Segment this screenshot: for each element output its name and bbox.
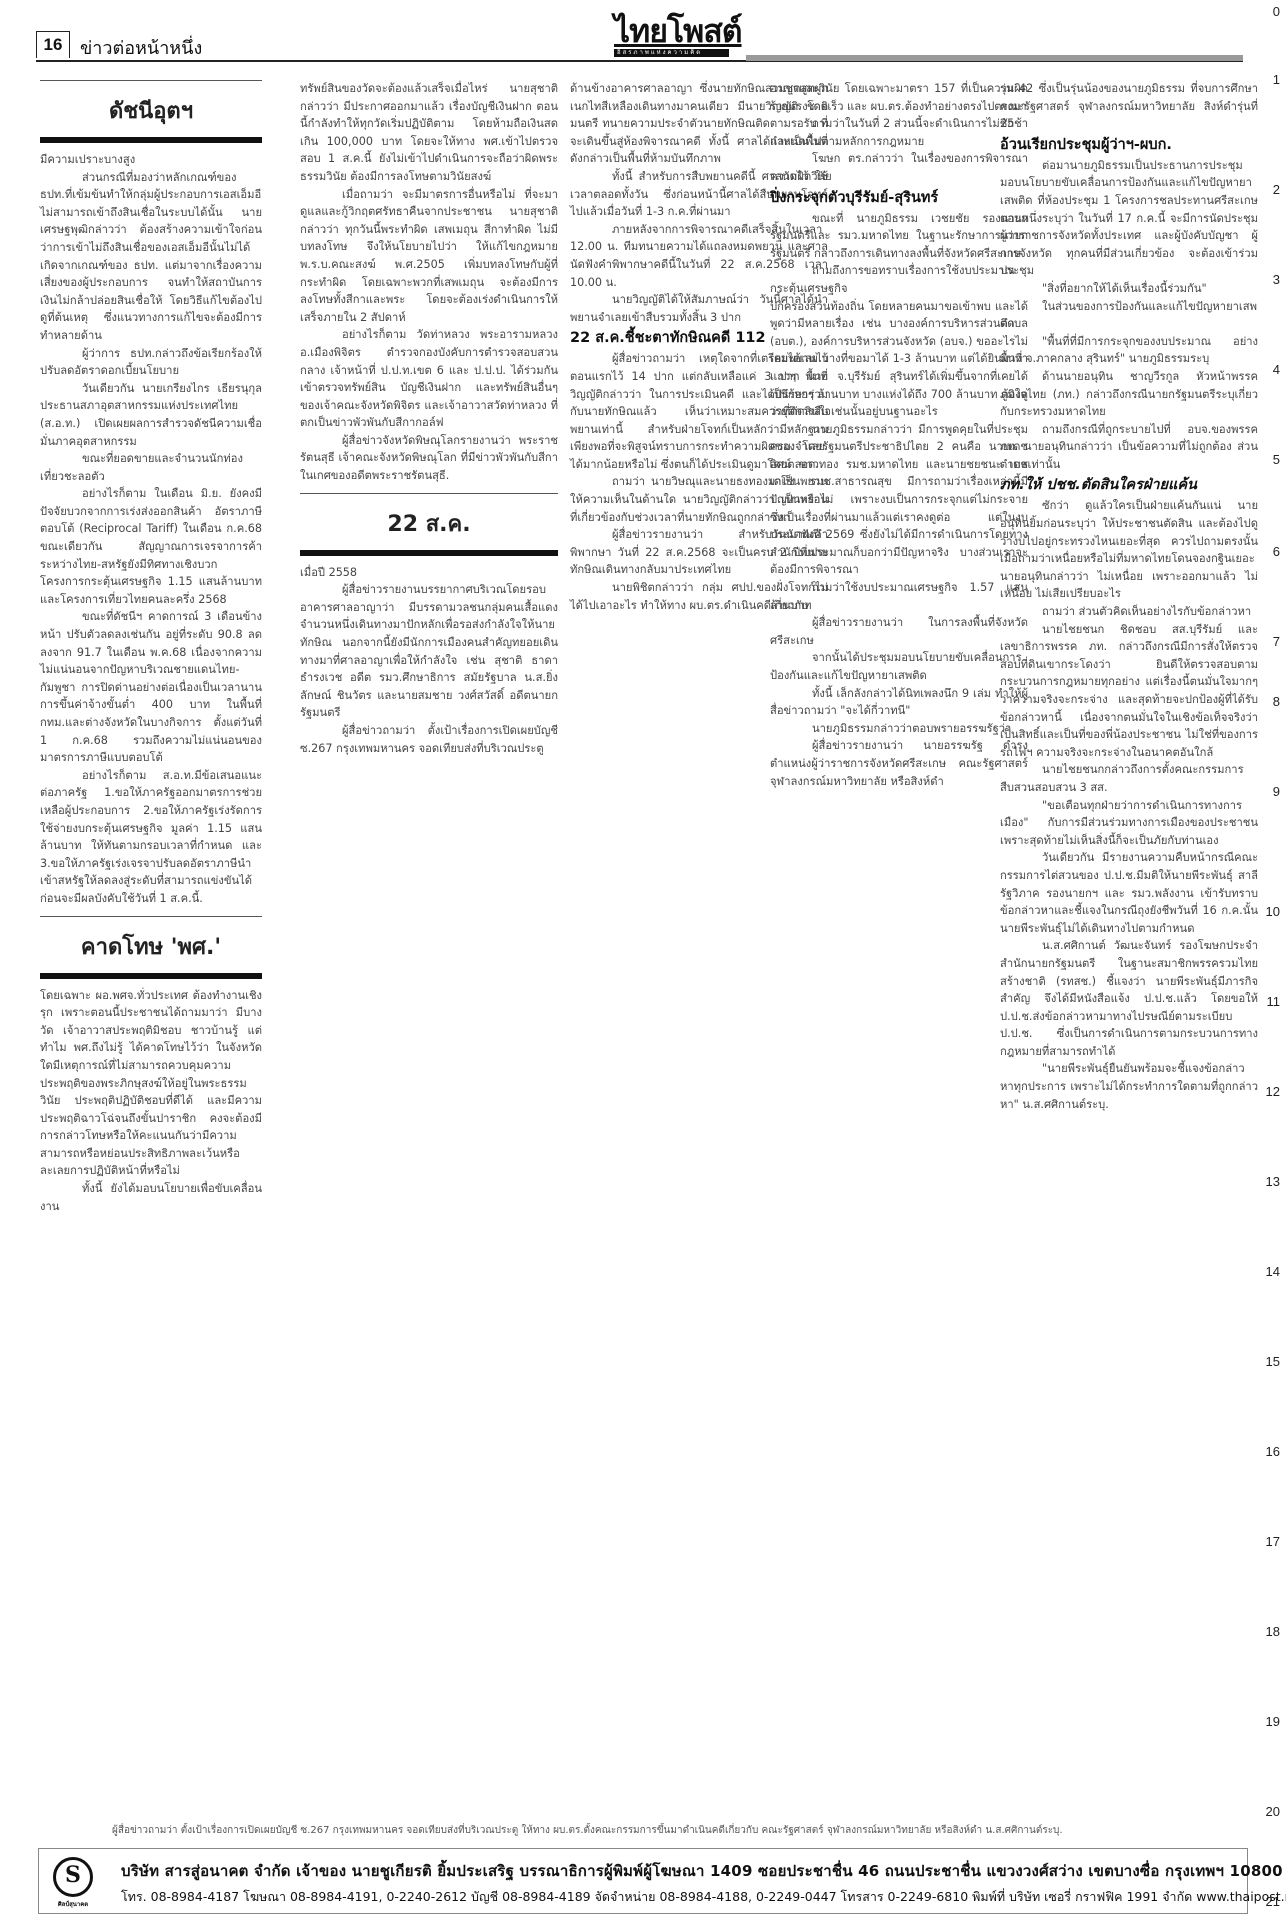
subheading: ปิ่งกระจุกตัวบุรีรัมย์-สุรินทร์ bbox=[770, 188, 1028, 208]
paragraph: ขณะที่ยอดขายและจำนวนนักท่องเที่ยวชะลอตัว bbox=[40, 450, 262, 485]
divider-thick bbox=[40, 973, 262, 979]
paragraph: โดยเฉพาะ ผอ.พศจ.ทั่วประเทศ ต้องทำงานเชิง… bbox=[40, 987, 262, 1181]
story-title: ดัชนีอุตฯ bbox=[40, 93, 262, 131]
story-title: คาดโทษ 'พศ.' bbox=[40, 929, 262, 967]
paragraph: ทรัพย์สินของวัดจะต้องแล้วเสร็จเมื่อไหร่ … bbox=[300, 80, 558, 186]
story-head-aug22: 22 ส.ค. bbox=[300, 493, 558, 556]
imprint-box: ศิลป์สุนาคต บริษัท สารสู่อนาคต จำกัด เจ้… bbox=[38, 1848, 1248, 1914]
footer-continuation-strip: ผู้สื่อข่าวถามว่า ตั้งเป้าเรื่องการเปิดเ… bbox=[112, 1823, 1242, 1838]
line-marker: 18 bbox=[1266, 1624, 1280, 1639]
paragraph: ซักว่า ดูแล้วใครเป็นฝ่ายแค้นกันแน่ นายอน… bbox=[1000, 497, 1258, 603]
paragraph: ทั้งนี้ ยังได้มอบนโยบายเพื่อขับเคลื่อนงา… bbox=[40, 1180, 262, 1215]
subheading: อ้วนเรียกประชุมผู้ว่าฯ-ผบก. bbox=[1000, 135, 1258, 155]
paragraph: มีความเปราะบางสูง bbox=[40, 151, 262, 169]
line-marker: 19 bbox=[1266, 1714, 1280, 1729]
subheading: ภท.ให้ ปชช.ตัดสินใครฝ่ายแค้น bbox=[1000, 475, 1258, 495]
paragraph: อาญาและวินัย โดยเฉพาะมาตรา 157 ที่เป็นคว… bbox=[770, 80, 1028, 115]
paragraph: ถามว่าในวันที่ 2 ส่วนนี้จะดำเนินการไม่ชั… bbox=[770, 115, 1028, 150]
line-marker: 10 bbox=[1266, 904, 1280, 919]
paragraph: ผู้สื่อข่าวรายงานว่า นายอรรฆรัฐ ดำรงตำแห… bbox=[770, 737, 1028, 790]
page-number: 16 bbox=[36, 31, 70, 58]
logo-tagline: อิสรภาพแห่งความคิด bbox=[614, 49, 729, 57]
paragraph: เมื่อถามว่า จะมีมาตรการอื่นหรือไม่ ที่จะ… bbox=[300, 186, 558, 327]
paragraph: "สิ่งที่อยากให้ได้เห็นเรื่องนี้ร่วมกัน" bbox=[1000, 280, 1258, 298]
paragraph: นายภูมิธรรมกล่าวว่าตอบพรายอรรฆรัฐว่า bbox=[770, 720, 1028, 738]
paragraph: ผู้สื่อข่าวจังหวัดพิษณุโลกรายงานว่า พระร… bbox=[300, 432, 558, 485]
story-head-index: ดัชนีอุตฯ bbox=[40, 80, 262, 143]
line-marker: 7 bbox=[1273, 634, 1280, 649]
line-marker: 8 bbox=[1273, 694, 1280, 709]
paragraph: ในส่วนของการป้องกันและแก้ไขปัญหายาเสพติด bbox=[1000, 298, 1258, 333]
paragraph: ขณะที่ดัชนีฯ คาดการณ์ 3 เดือนข้างหน้า ปร… bbox=[40, 608, 262, 766]
column-1: ดัชนีอุตฯ มีความเปราะบางสูง ส่วนกรณีที่ม… bbox=[40, 80, 262, 1215]
paragraph: น.ส.ศศิกานต์ วัฒนะจันทร์ รองโฆษกประจำสำน… bbox=[1000, 937, 1258, 1060]
line-marker: 4 bbox=[1273, 362, 1280, 377]
paragraph: นายภูมิธรรมกล่าวว่า มีการพูดคุยในที่ประช… bbox=[770, 421, 1028, 579]
imprint-publisher: บริษัท สารสู่อนาคต จำกัด เจ้าของ นายชูเก… bbox=[121, 1859, 1283, 1883]
paragraph: "พื้นที่ที่มีการกระจุกของงบประมาณ อย่างพ… bbox=[1000, 333, 1258, 368]
logo-text: ไทยโพสต์ bbox=[614, 14, 744, 48]
line-marker: 2 bbox=[1273, 182, 1280, 197]
page-header: 16 ข่าวต่อหน้าหนึ่ง ไทยโพสต์ อิสรภาพแห่ง… bbox=[36, 14, 1243, 64]
line-marker: 6 bbox=[1273, 544, 1280, 559]
paragraph: ถามว่าใช้งบประมาณเศรษฐกิจ 1.57 แสนล้านบา… bbox=[770, 579, 1028, 614]
paragraph: ผู้ว่าการ ธปท.กล่าวถึงข้อเรียกร้องให้ปรั… bbox=[40, 345, 262, 380]
paragraph: อย่างไรก็ตาม ในเดือน มิ.ย. ยังคงมีปัจจัย… bbox=[40, 485, 262, 608]
logo-circle-icon bbox=[53, 1857, 93, 1897]
column-2: ทรัพย์สินของวัดจะต้องแล้วเสร็จเมื่อไหร่ … bbox=[300, 80, 558, 757]
line-marker: 11 bbox=[1267, 994, 1281, 1009]
paragraph: ขณะที่ นายภูมิธรรม เวชยชัย รองนายกรัฐมนต… bbox=[770, 210, 1028, 263]
paragraph: ถามว่า ส่วนตัวคิดเห็นอย่างไรกับข้อกล่าวห… bbox=[1000, 603, 1258, 621]
line-marker: 5 bbox=[1273, 452, 1280, 467]
divider-thick bbox=[40, 137, 262, 143]
line-marker: 12 bbox=[1266, 1084, 1280, 1099]
line-marker: 0 bbox=[1273, 4, 1280, 19]
line-marker: 13 bbox=[1266, 1174, 1280, 1189]
logo-caption: ศิลป์สุนาคต bbox=[51, 1899, 95, 1909]
line-marker: 17 bbox=[1266, 1534, 1280, 1549]
divider bbox=[40, 80, 262, 81]
line-marker: 20 bbox=[1266, 1804, 1280, 1819]
paragraph: ต่อมานายภูมิธรรมเป็นประธานการประชุมมอบนโ… bbox=[1000, 157, 1258, 280]
paragraph: ผู้สื่อข่าวถามว่า ตั้งเป้าเรื่องการเปิดเ… bbox=[300, 722, 558, 757]
column-5: รุ่น 42 ซึ่งเป็นรุ่นน้องของนายภูมิธรรม ท… bbox=[1000, 80, 1258, 1113]
paragraph: วันเดียวกัน นายเกรียงไกร เธียรนุกุล ประธ… bbox=[40, 380, 262, 450]
header-rule-gray bbox=[746, 55, 1243, 61]
divider bbox=[300, 493, 558, 494]
story-title: 22 ส.ค. bbox=[300, 506, 558, 544]
paragraph: นายไชยชนก ชิดชอบ สส.บุรีรัมย์ และเลขาธิก… bbox=[1000, 621, 1258, 762]
newspaper-logo: ไทยโพสต์ อิสรภาพแห่งความคิด bbox=[614, 14, 744, 60]
line-marker: 9 bbox=[1273, 784, 1280, 799]
story-head-warning: คาดโทษ 'พศ.' bbox=[40, 916, 262, 979]
column-4: อาญาและวินัย โดยเฉพาะมาตรา 157 ที่เป็นคว… bbox=[770, 80, 1028, 790]
paragraph: ถามถึงการขอทราบเรื่องการใช้งบประมาณกระตุ… bbox=[770, 262, 1028, 297]
line-marker: 3 bbox=[1273, 272, 1280, 287]
paragraph: รุ่น 42 ซึ่งเป็นรุ่นน้องของนายภูมิธรรม ท… bbox=[1000, 80, 1258, 133]
paragraph: "ขอเตือนทุกฝ่ายว่าการดำเนินการทางการเมือ… bbox=[1000, 797, 1258, 850]
line-marker: 14 bbox=[1266, 1264, 1280, 1279]
paragraph: จากนั้นได้ประชุมมอบนโยบายขับเคลื่อนการป้… bbox=[770, 649, 1028, 684]
line-marker: 16 bbox=[1266, 1444, 1280, 1459]
paragraph: ทั้งนี้ เล็กลังกล่าวได้นิทเพลงนึก 9 เล่ม… bbox=[770, 685, 1028, 720]
paragraph: นายไชยชนกกล่าวถึงการตั้งคณะกรรมการสืบสวน… bbox=[1000, 761, 1258, 796]
paragraph: ผู้สื่อข่าวรายงานบรรยากาศบริเวณโดยรอบอาค… bbox=[300, 581, 558, 722]
section-title: ข่าวต่อหน้าหนึ่ง bbox=[80, 33, 202, 62]
paragraph: ปกครองส่วนท้องถิ่น โดยหลายคนมาขอเข้าพบ แ… bbox=[770, 298, 1028, 421]
paragraph: ผู้สื่อข่าวรายงานว่า ในการลงพื้นที่จังหว… bbox=[770, 614, 1028, 649]
paragraph: "นายพีระพันธุ์ยืนยันพร้อมจะชี้แจงข้อกล่า… bbox=[1000, 1060, 1258, 1113]
imprint-contacts: โทร. 08-8984-4187 โฆษณา 08-8984-4191, 0-… bbox=[121, 1887, 1286, 1907]
paragraph: เมื่อปี 2558 bbox=[300, 564, 558, 582]
divider bbox=[40, 916, 262, 917]
divider-thick bbox=[300, 550, 558, 556]
paragraph: วันเดียวกัน มีรายงานความคืบหน้ากรณีคณะกร… bbox=[1000, 849, 1258, 937]
line-marker: 1 bbox=[1273, 72, 1280, 87]
paragraph: ส่วนกรณีที่มองว่าหลักเกณฑ์ของ ธปท.ที่เข้… bbox=[40, 169, 262, 345]
paragraph: อย่างไรก็ตาม วัดท่าหลวง พระอารามหลวง อ.เ… bbox=[300, 326, 558, 432]
paragraph: โฆษก ตร.กล่าวว่า ในเรื่องของการพิจารณาคว… bbox=[770, 150, 1028, 185]
margin-line-markers: 0 1 2 3 4 5 6 7 8 9 10 11 12 13 14 15 16… bbox=[1258, 0, 1280, 1920]
line-marker: 15 bbox=[1266, 1354, 1280, 1369]
paragraph: ถามถึงกรณีที่ถูกระบายไปที่ อบจ.ของพรรค ภ… bbox=[1000, 421, 1258, 474]
paragraph: ด้านนายอนุทิน ชาญวีรกูล หัวหน้าพรรคภูมิใ… bbox=[1000, 368, 1258, 421]
paragraph: อย่างไรก็ตาม ส.อ.ท.มีข้อเสนอแนะต่อภาครัฐ… bbox=[40, 767, 262, 908]
publisher-logo-icon: ศิลป์สุนาคต bbox=[51, 1857, 95, 1905]
